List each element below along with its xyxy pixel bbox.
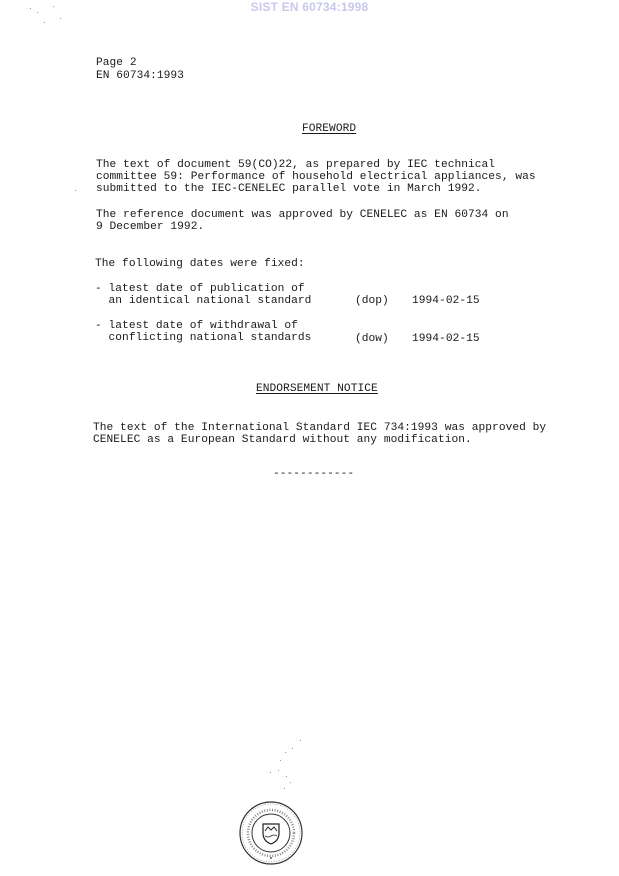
official-seal-icon xyxy=(238,800,304,866)
page-number: Page 2 xyxy=(96,57,137,70)
text-line: The text of document 59(CO)22, as prepar… xyxy=(96,159,495,172)
foreword-title: FOREWORD xyxy=(302,123,356,136)
separator: ------------ xyxy=(273,468,354,481)
text-line: submitted to the IEC-CENELEC parallel vo… xyxy=(96,183,482,196)
watermark: SIST EN 60734:1998 xyxy=(0,0,619,14)
dates-intro: The following dates were fixed: xyxy=(95,258,305,271)
text-line: committee 59: Performance of household e… xyxy=(96,171,536,184)
text-line: The reference document was approved by C… xyxy=(96,209,509,222)
date-item-abbr: (dop) xyxy=(355,295,389,308)
text-line: CENELEC as a European Standard without a… xyxy=(93,434,472,447)
date-item-label-line1: - latest date of withdrawal of xyxy=(95,320,298,333)
text-line: The text of the International Standard I… xyxy=(93,422,546,435)
date-item-label-line1: - latest date of publication of xyxy=(95,283,305,296)
date-item-abbr: (dow) xyxy=(355,333,389,346)
text-line: 9 December 1992. xyxy=(96,221,204,234)
date-item-label-line2: an identical national standard xyxy=(95,295,311,308)
document-id: EN 60734:1993 xyxy=(96,70,184,83)
date-item-value: 1994-02-15 xyxy=(412,333,480,346)
endorsement-title: ENDORSEMENT NOTICE xyxy=(256,383,378,396)
date-item-value: 1994-02-15 xyxy=(412,295,480,308)
date-item-label-line2: conflicting national standards xyxy=(95,332,311,345)
